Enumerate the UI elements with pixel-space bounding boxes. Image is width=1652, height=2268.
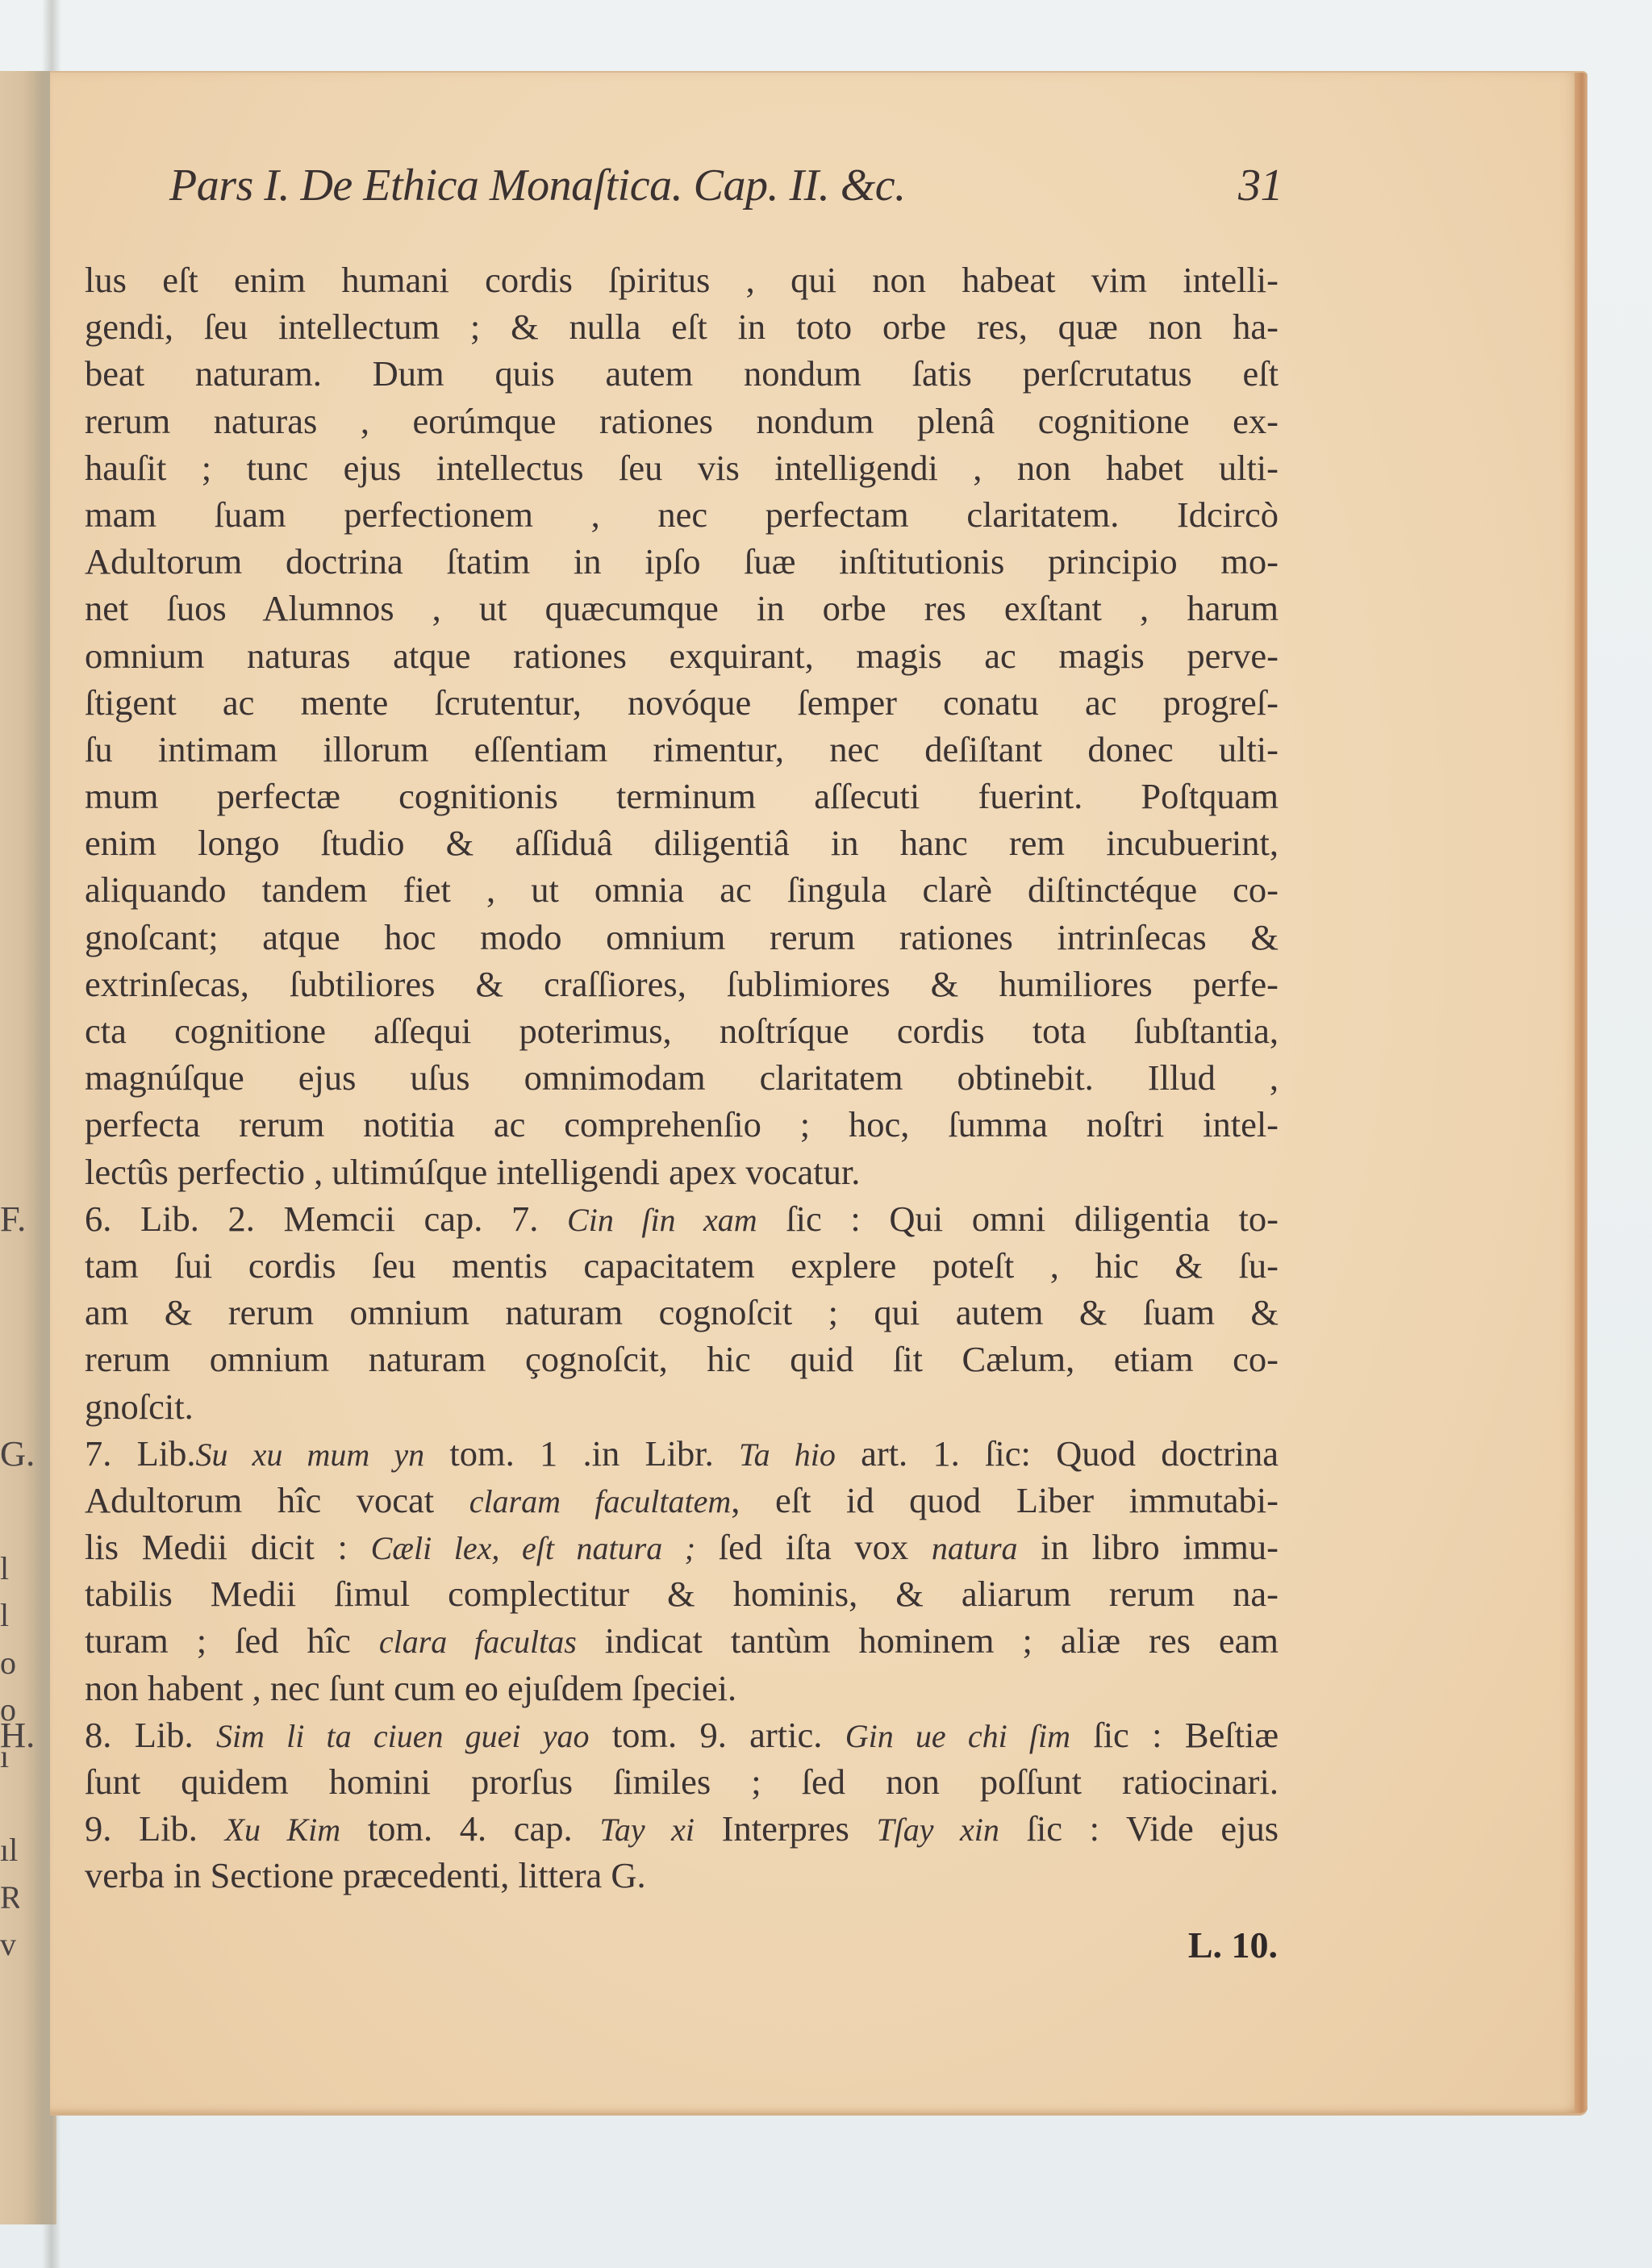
main-paragraph: lus eſt enim humani cordis ſpiritus , qu…	[85, 256, 1279, 1195]
emphasis-italic: Cæli lex, eſt natura ;	[371, 1530, 696, 1566]
note-text: indicat tantùm hominem ; aliæ res eam	[577, 1620, 1279, 1661]
text-line: gnoſcant; atque hoc modo omnium rerum ra…	[85, 914, 1279, 961]
note-g: G.7. Lib.Su xu mum yn tom. 1 .in Libr. T…	[85, 1430, 1279, 1711]
text-line: Adultorum doctrina ſtatim in ipſo ſuæ in…	[85, 538, 1279, 585]
running-head-title: Pars I. De Ethica Monaſtica. Cap. II. &c…	[169, 160, 906, 211]
emphasis-italic: clara facultas	[379, 1624, 577, 1660]
text-line: ſu intimam illorum eſſentiam rimentur, n…	[85, 726, 1279, 773]
note-text: tom. 9. artic.	[590, 1715, 845, 1755]
text-line: aliquando tandem fiet , ut omnia ac ſing…	[85, 866, 1279, 913]
note-marker: F.	[0, 1195, 81, 1242]
margin-fragment	[0, 1499, 19, 1545]
margin-fragment: o	[0, 1686, 19, 1733]
text-line: perfecta rerum notitia ac comprehenſio ;…	[85, 1101, 1279, 1148]
note-line: G.7. Lib.Su xu mum yn tom. 1 .in Libr. T…	[85, 1430, 1279, 1477]
note-text: lis Medii dicit :	[85, 1527, 371, 1567]
note-text: tom. 4. cap.	[340, 1808, 599, 1849]
text-line: omnium naturas atque rationes exquirant,…	[85, 632, 1279, 679]
note-text: 8. Lib.	[85, 1715, 216, 1755]
page-edge	[1575, 73, 1587, 2113]
note-f: F.6. Lib. 2. Memcii cap. 7. Cin ſin xam …	[85, 1195, 1279, 1430]
note-line: gnoſcit.	[85, 1383, 1279, 1430]
facing-page-margin-fragments: l l o o ı ıl R v	[0, 1499, 19, 1968]
text-line: mum perfectæ cognitionis terminum aſſecu…	[85, 773, 1279, 819]
note-marker: G.	[0, 1430, 81, 1477]
text-line: lus eſt enim humani cordis ſpiritus , qu…	[85, 256, 1279, 303]
note-text: ſic : Beſtiæ	[1070, 1715, 1279, 1755]
margin-fragment	[0, 1780, 19, 1827]
chinese-title-italic: Ta hio	[739, 1436, 836, 1473]
emphasis-italic: natura	[932, 1530, 1018, 1566]
margin-fragment: R	[0, 1874, 19, 1921]
text-line: gendi, ſeu intellectum ; & nulla eſt in …	[85, 303, 1279, 350]
note-line: H.8. Lib. Sim li ta ciuen guei yao tom. …	[85, 1711, 1279, 1758]
chinese-title-italic: Su xu mum yn	[196, 1436, 425, 1473]
note-line: tabilis Medii ſimul complectitur & homin…	[85, 1570, 1279, 1617]
note-text: 6. Lib. 2. Memcii cap. 7.	[85, 1199, 567, 1239]
note-text: , eſt id quod Liber immutabi-	[731, 1480, 1279, 1520]
text-line: beat naturam. Dum quis autem nondum ſati…	[85, 350, 1279, 397]
note-text: 7. Lib.	[85, 1433, 196, 1474]
chinese-title-italic: Cin ſin xam	[567, 1202, 757, 1238]
note-line: lis Medii dicit : Cæli lex, eſt natura ;…	[85, 1524, 1279, 1570]
text-line: extrinſecas, ſubtiliores & craſſiores, ſ…	[85, 961, 1279, 1007]
note-line: tam ſui cordis ſeu mentis capacitatem ex…	[85, 1242, 1279, 1289]
note-line: am & rerum omnium naturam cognoſcit ; qu…	[85, 1289, 1279, 1336]
note-text: Interpres	[695, 1808, 876, 1849]
text-line: magnúſque ejus uſus omnimodam claritatem…	[85, 1054, 1279, 1101]
text-line: ſtigent ac mente ſcrutentur, novóque ſem…	[85, 679, 1279, 726]
chinese-title-italic: Gin ue chi ſim	[845, 1718, 1070, 1754]
note-line: F.6. Lib. 2. Memcii cap. 7. Cin ſin xam …	[85, 1195, 1279, 1242]
page-number: 31	[1238, 160, 1283, 211]
text-line: lectûs perfectio , ultimúſque intelligen…	[85, 1149, 1279, 1195]
chinese-title-italic: Tay xi	[599, 1811, 695, 1848]
chinese-title-italic: Xu Kim	[225, 1811, 341, 1848]
margin-fragment: l	[0, 1545, 19, 1592]
margin-fragment: ı	[0, 1733, 19, 1780]
note-text: Adultorum hîc vocat	[85, 1480, 469, 1520]
text-line: rerum naturas , eorúmque rationes nondum…	[85, 398, 1279, 444]
catchword: L. 10.	[1188, 1924, 1278, 1966]
note-text: ſed iſta vox	[695, 1527, 932, 1567]
text-line: mam ſuam perfectionem , nec perfectam cl…	[85, 491, 1279, 538]
text-line: hauſit ; tunc ejus intellectus ſeu vis i…	[85, 444, 1279, 491]
text-line: enim longo ſtudio & aſſiduâ diligentiâ i…	[85, 819, 1279, 866]
note-h: H.8. Lib. Sim li ta ciuen guei yao tom. …	[85, 1711, 1279, 1805]
chinese-title-italic: Sim li ta ciuen guei yao	[216, 1718, 590, 1754]
margin-fragment: l	[0, 1592, 19, 1639]
note-line: 9. Lib. Xu Kim tom. 4. cap. Tay xi Inter…	[85, 1805, 1279, 1852]
margin-fragment: v	[0, 1921, 19, 1968]
note-line: ſunt quidem homini prorſus ſimiles ; ſed…	[85, 1758, 1279, 1805]
chinese-name-italic: Tſay xin	[876, 1811, 999, 1848]
text-line: net ſuos Alumnos , ut quæcumque in orbe …	[85, 585, 1279, 632]
note-line: verba in Sectione præcedenti, littera G.	[85, 1852, 1279, 1899]
note-text: art. 1. ſic: Quod doctrina	[836, 1433, 1279, 1474]
note-line: Adultorum hîc vocat claram facultatem, e…	[85, 1477, 1279, 1524]
note-text: turam ; ſed hîc	[85, 1620, 379, 1661]
note-text: ſic : Qui omni diligentia to-	[757, 1199, 1279, 1239]
note-text: in libro immu-	[1018, 1527, 1279, 1567]
note-text: tom. 1 .in Libr.	[424, 1433, 739, 1474]
text-block: lus eſt enim humani cordis ſpiritus , qu…	[85, 256, 1279, 1899]
note-text: 9. Lib.	[85, 1808, 225, 1849]
text-line: cta cognitione aſſequi poterimus, noſtrí…	[85, 1007, 1279, 1054]
note-line: rerum omnium naturam çognoſcit, hic quid…	[85, 1336, 1279, 1382]
note-line: turam ; ſed hîc clara facultas indicat t…	[85, 1617, 1279, 1664]
margin-fragment: ıl	[0, 1827, 19, 1874]
note-text: ſic : Vide ejus	[999, 1808, 1279, 1849]
note-line: non habent , nec ſunt cum eo ejuſdem ſpe…	[85, 1665, 1279, 1711]
margin-fragment: o	[0, 1640, 19, 1686]
emphasis-italic: claram facultatem	[469, 1483, 732, 1520]
note-9: 9. Lib. Xu Kim tom. 4. cap. Tay xi Inter…	[85, 1805, 1279, 1899]
running-head: Pars I. De Ethica Monaſtica. Cap. II. &c…	[169, 160, 1283, 216]
